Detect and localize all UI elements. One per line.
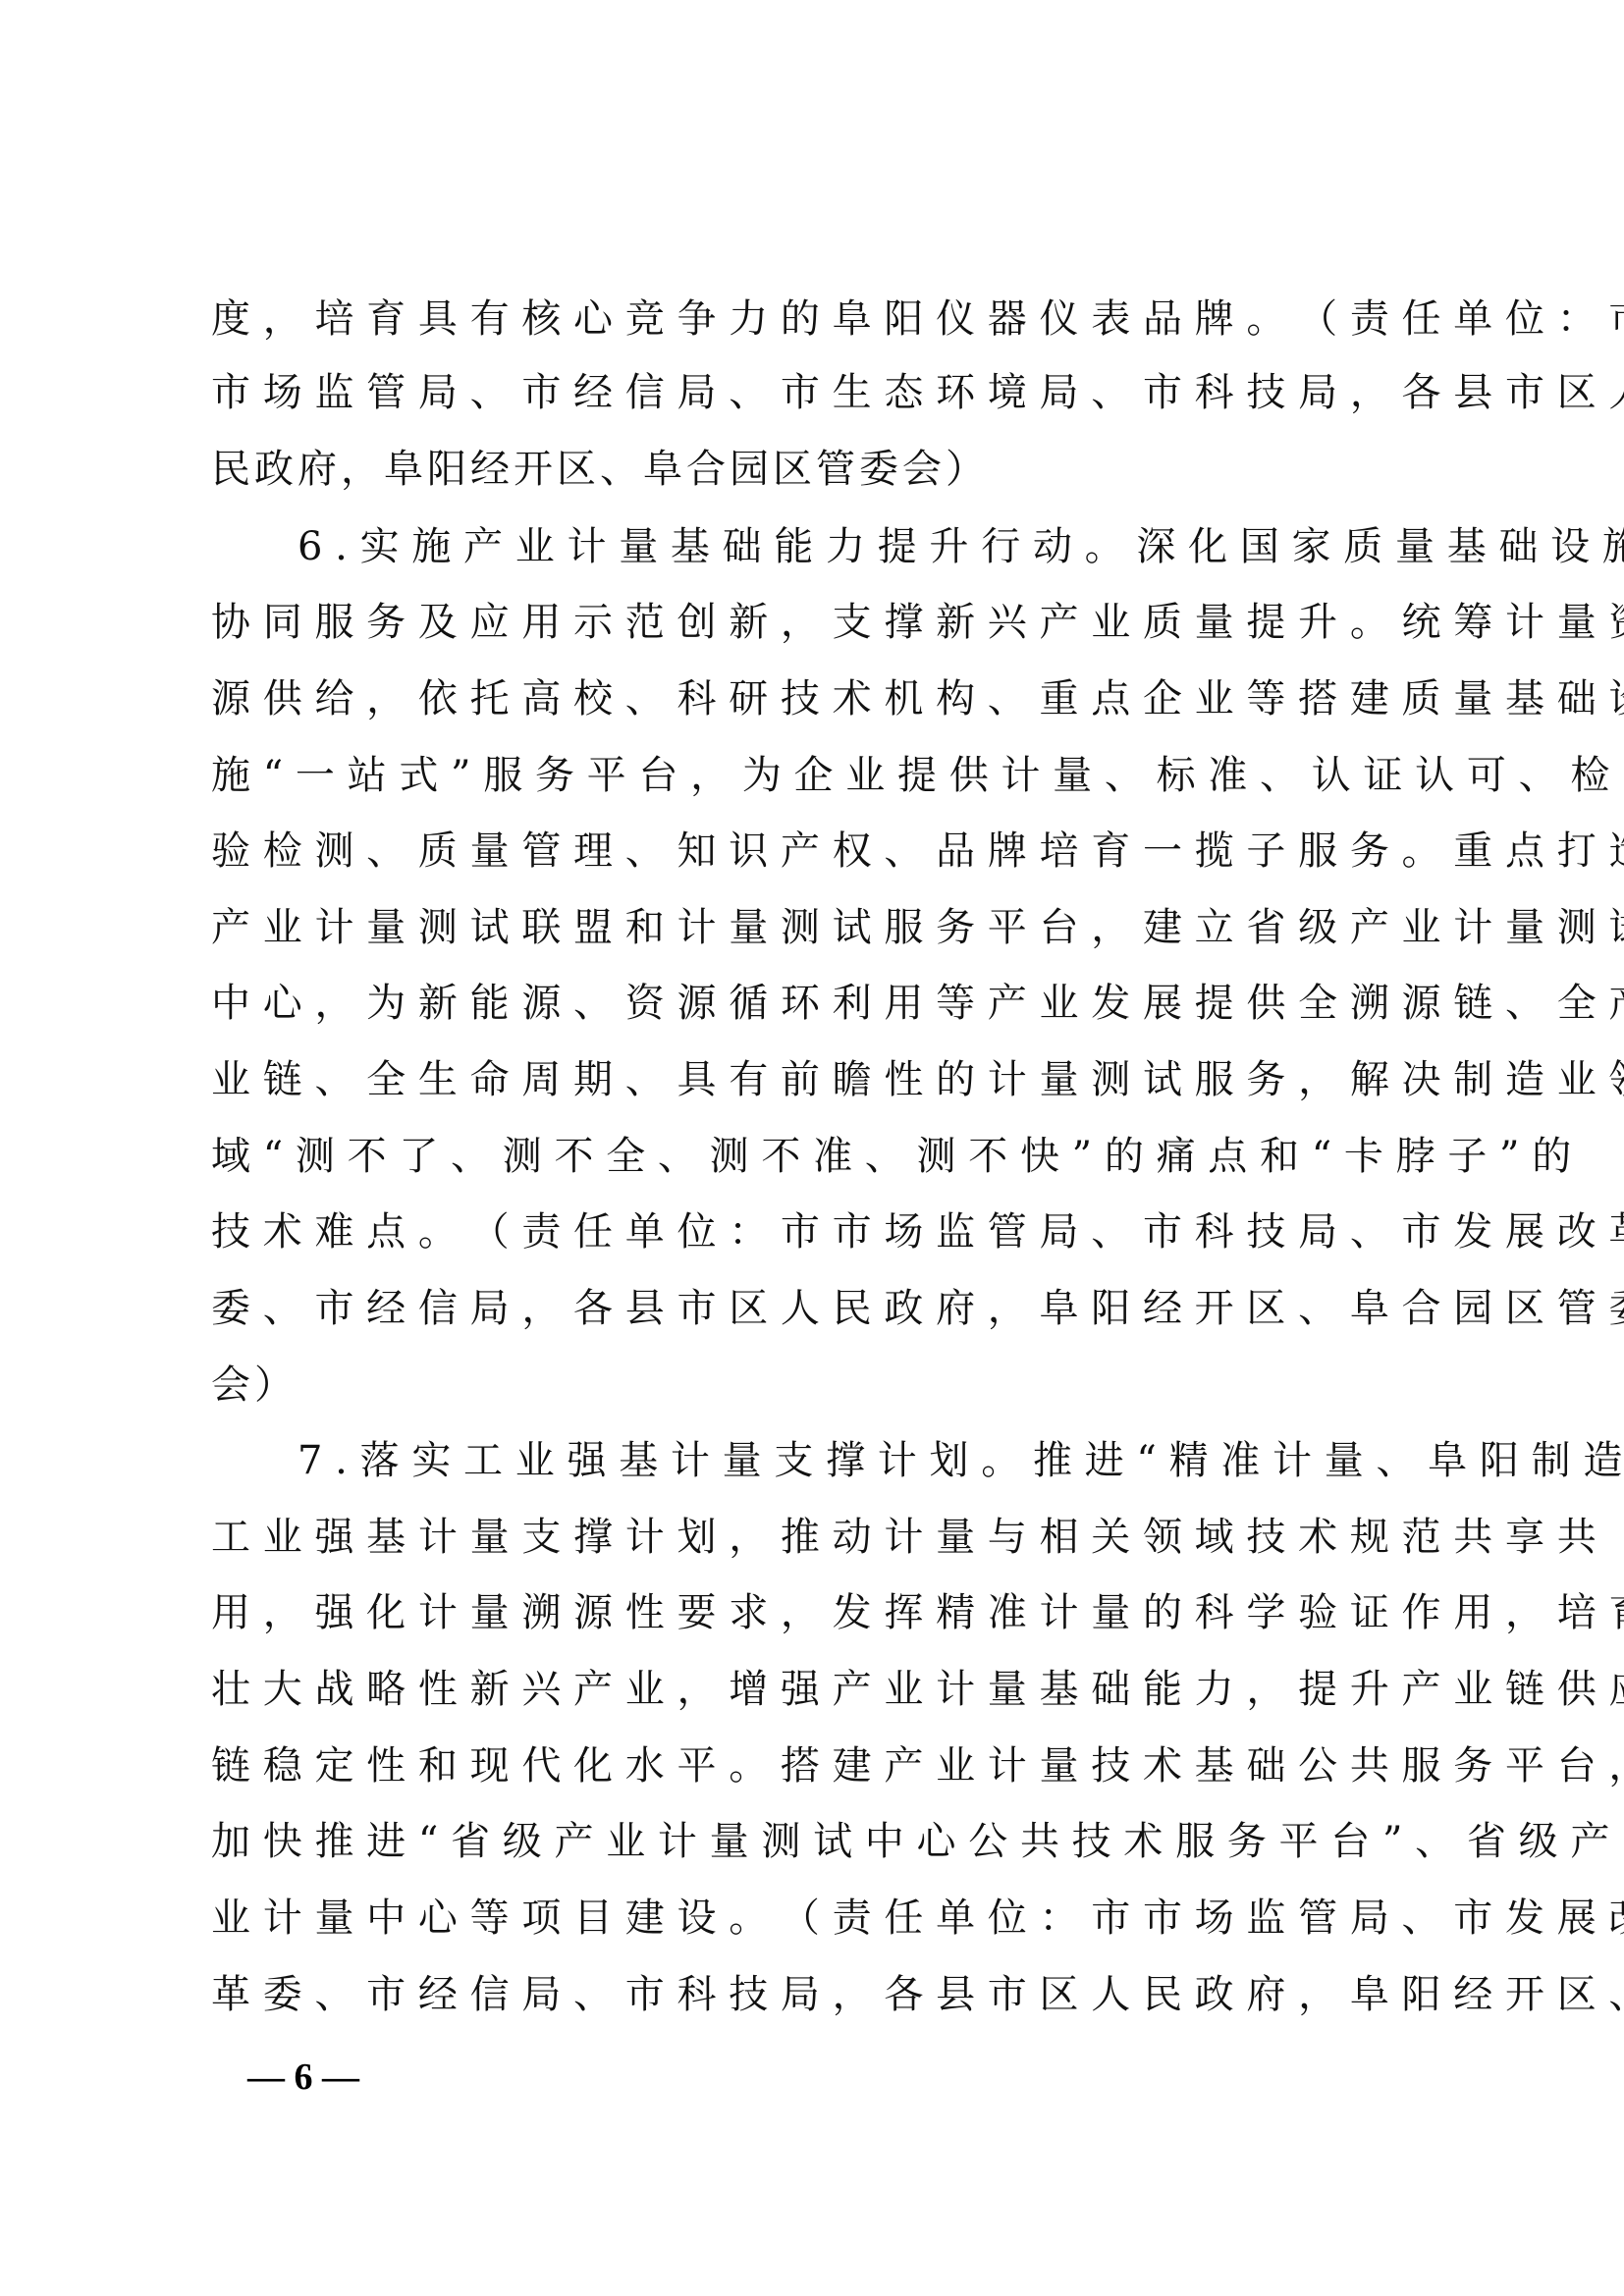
paragraph-6-heading-line: 6 . 实 施 产 业 计 量 基 础 能 力 提 升 行 动 。 深 化 国 …	[298, 519, 1421, 574]
page-number: — 6 —	[247, 2056, 359, 2099]
text-line: 业 链 、 全 生 命 周 期 、 具 有 前 瞻 性 的 计 量 测 试 服 …	[211, 1052, 1421, 1107]
text-line: 施 “ 一 站 式 ” 服 务 平 台 ， 为 企 业 提 供 计 量 、 标 …	[211, 748, 1421, 803]
text-line: 业 计 量 中 心 等 项 目 建 设 。 （ 责 任 单 位 ： 市 市 场 …	[211, 1891, 1421, 1946]
text-line: 委 、 市 经 信 局 ， 各 县 市 区 人 民 政 府 ， 阜 阳 经 开 …	[211, 1281, 1421, 1336]
paragraph-7-heading-line: 7 . 落 实 工 业 强 基 计 量 支 撑 计 划 。 推 进 “ 精 准 …	[298, 1433, 1421, 1488]
text-line: 技 术 难 点 。 （ 责 任 单 位 ： 市 市 场 监 管 局 、 市 科 …	[211, 1204, 1421, 1259]
text-line: 链 稳 定 性 和 现 代 化 水 平 。 搭 建 产 业 计 量 技 术 基 …	[211, 1738, 1421, 1793]
text-line: 民政府，阜阳经开区、阜合园区管委会）	[211, 442, 1421, 497]
text-line: 用 ， 强 化 计 量 溯 源 性 要 求 ， 发 挥 精 准 计 量 的 科 …	[211, 1585, 1421, 1640]
text-line: 源 供 给 ， 依 托 高 校 、 科 研 技 术 机 构 、 重 点 企 业 …	[211, 671, 1421, 726]
text-line: 加 快 推 进 “ 省 级 产 业 计 量 测 试 中 心 公 共 技 术 服 …	[211, 1814, 1421, 1869]
text-line: 壮 大 战 略 性 新 兴 产 业 ， 增 强 产 业 计 量 基 础 能 力 …	[211, 1662, 1421, 1717]
text-line: 工 业 强 基 计 量 支 撑 计 划 ， 推 动 计 量 与 相 关 领 域 …	[211, 1510, 1421, 1565]
text-line: 中 心 ， 为 新 能 源 、 资 源 循 环 利 用 等 产 业 发 展 提 …	[211, 976, 1421, 1031]
text-line: 域 “ 测 不 了 、 测 不 全 、 测 不 准 、 测 不 快 ” 的 痛 …	[211, 1129, 1421, 1184]
document-page: 度 ， 培 育 具 有 核 心 竞 争 力 的 阜 阳 仪 器 仪 表 品 牌 …	[0, 0, 1624, 2296]
text-line: 度 ， 培 育 具 有 核 心 竞 争 力 的 阜 阳 仪 器 仪 表 品 牌 …	[211, 292, 1421, 347]
text-line: 市 场 监 管 局 、 市 经 信 局 、 市 生 态 环 境 局 、 市 科 …	[211, 365, 1421, 420]
text-line: 产 业 计 量 测 试 联 盟 和 计 量 测 试 服 务 平 台 ， 建 立 …	[211, 900, 1421, 955]
text-line: 革 委 、 市 经 信 局 、 市 科 技 局 ， 各 县 市 区 人 民 政 …	[211, 1967, 1421, 2022]
text-line: 验 检 测 、 质 量 管 理 、 知 识 产 权 、 品 牌 培 育 一 揽 …	[211, 824, 1421, 879]
text-line: 协 同 服 务 及 应 用 示 范 创 新 ， 支 撑 新 兴 产 业 质 量 …	[211, 595, 1421, 650]
text-line: 会）	[211, 1358, 1421, 1413]
